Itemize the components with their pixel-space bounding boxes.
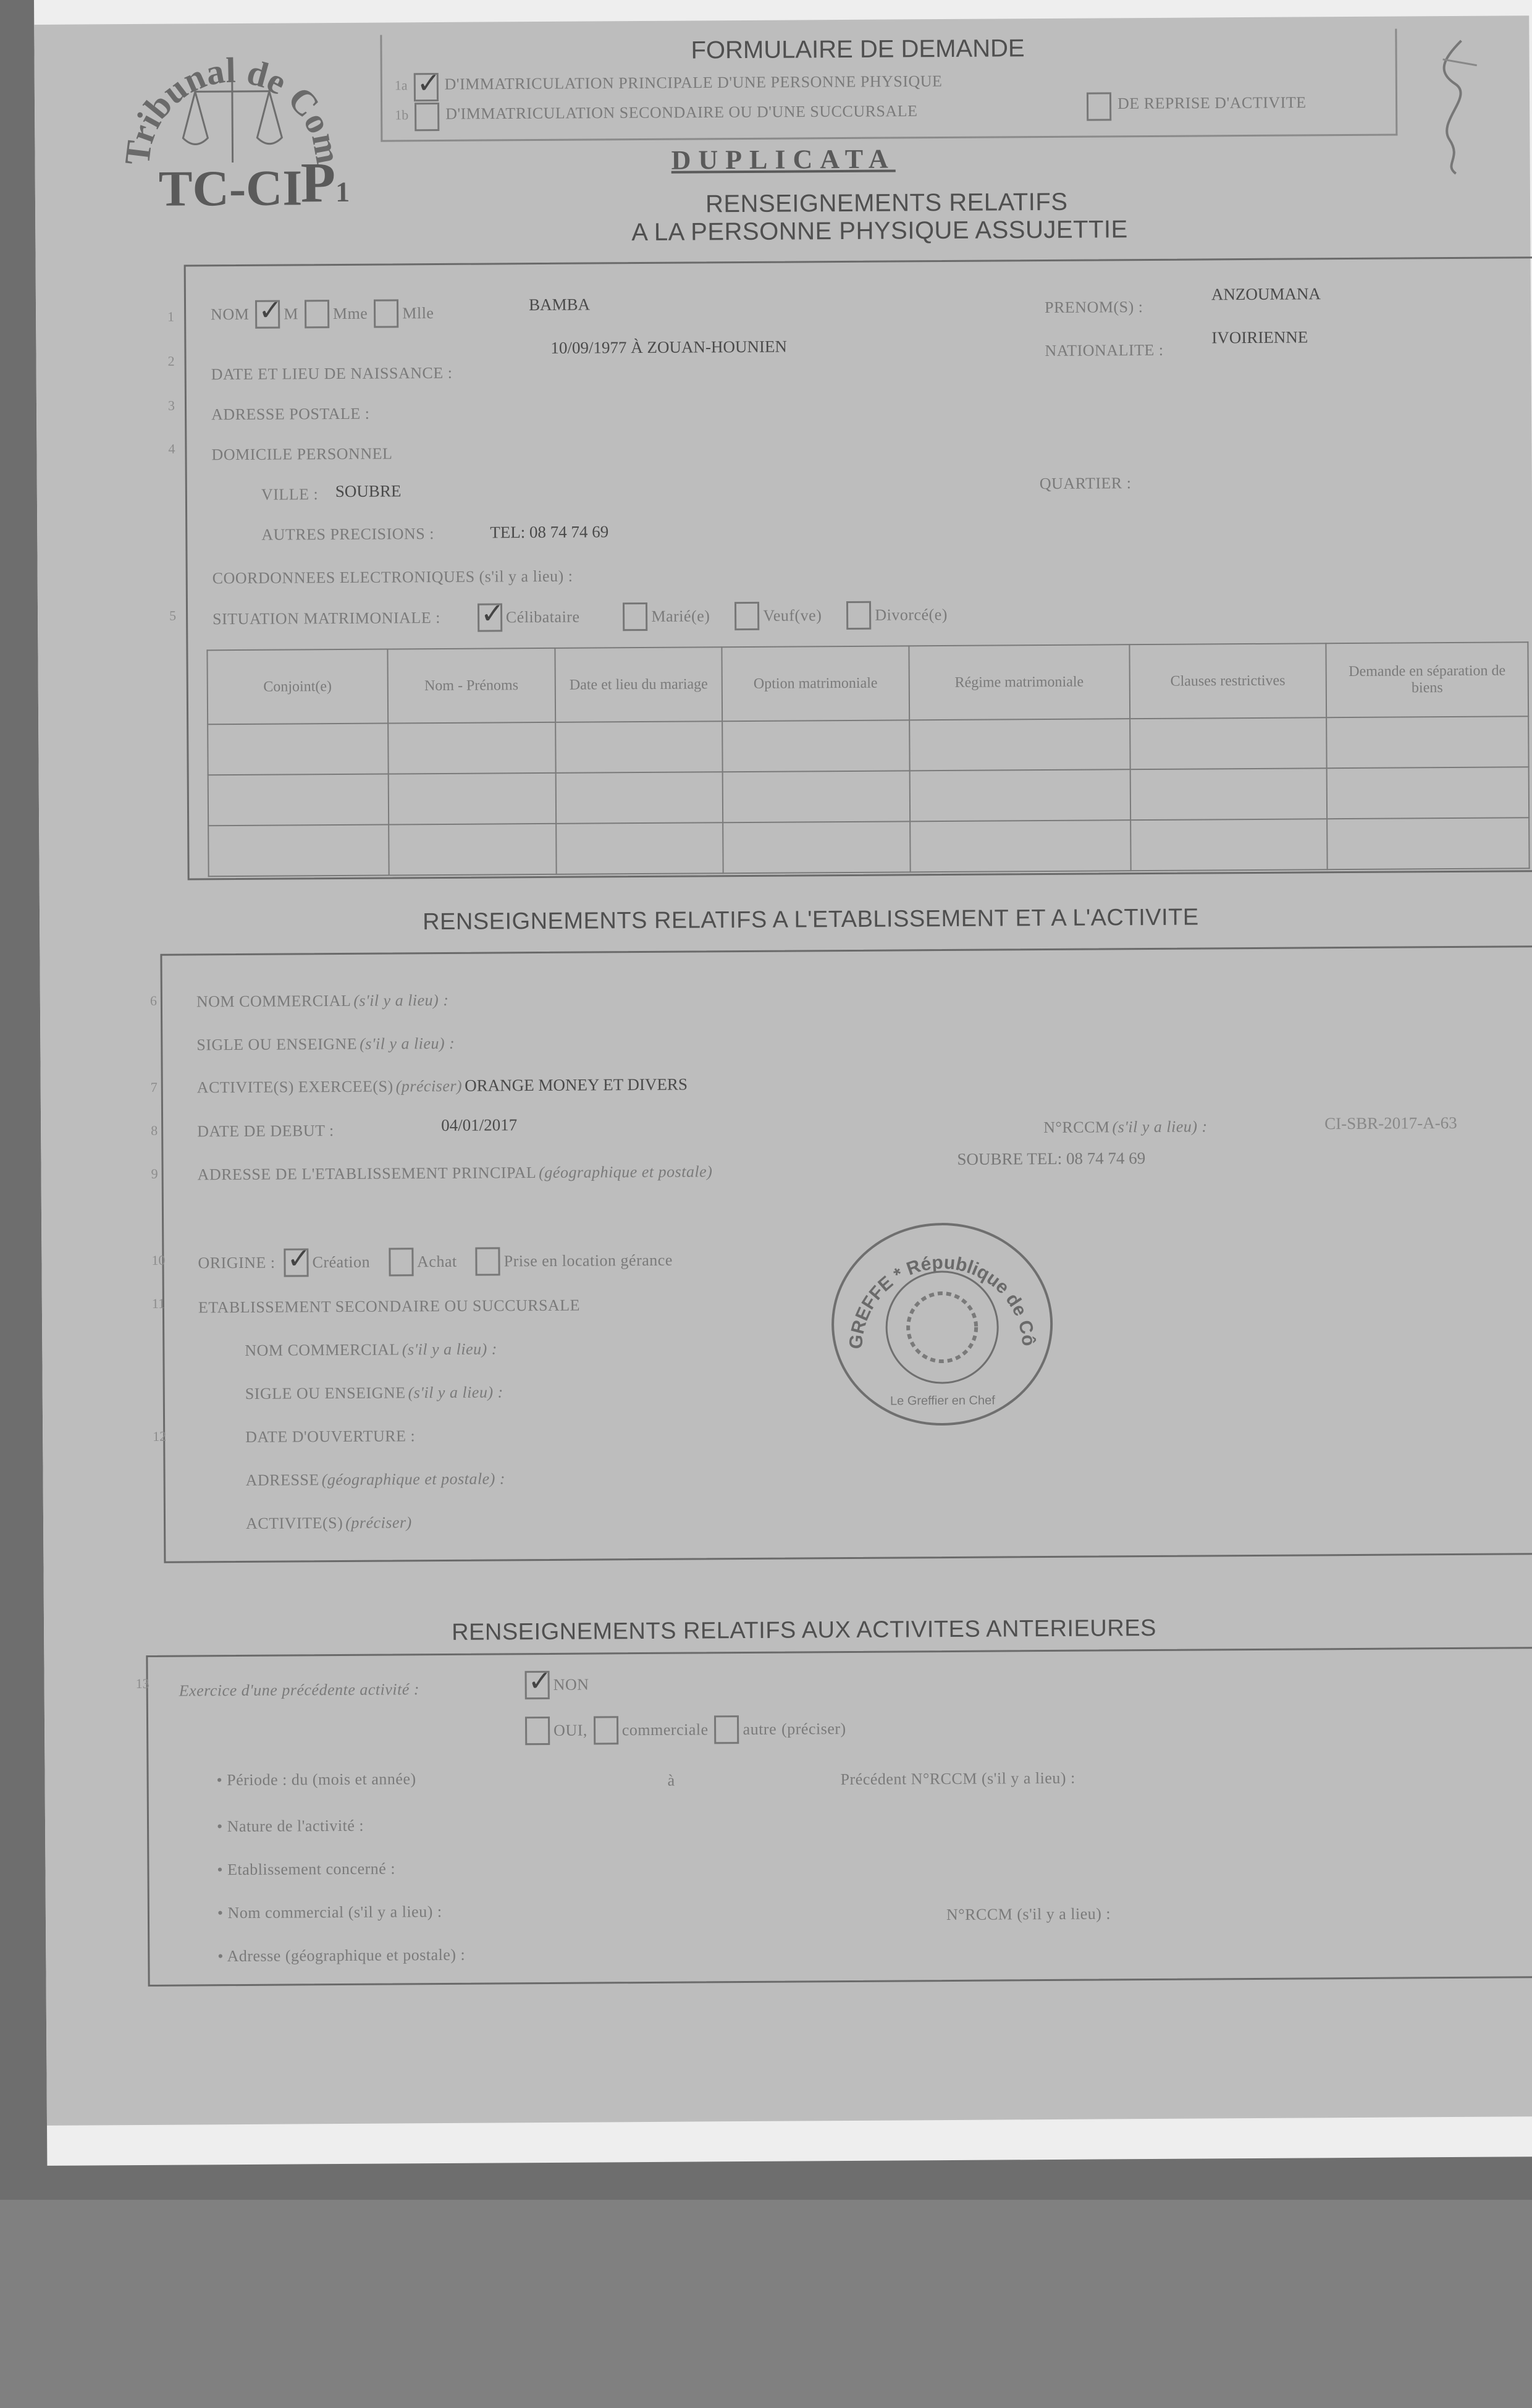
option-non[interactable]: NON [525,1671,589,1700]
adresse-etablissement-value[interactable]: SOUBRE TEL: 08 74 74 69 [957,1149,1145,1169]
domicile-label: DOMICILE PERSONNEL [211,444,392,464]
section1-title-line1: RENSEIGNEMENTS RELATIFS [705,188,1068,219]
col-clauses-restrictives: Clauses restrictives [1129,643,1326,719]
spouse-table: Conjoint(e) Nom - Prénoms Date et lieu d… [206,641,1530,877]
checkbox-secondaire[interactable] [415,103,439,131]
situation-veuf[interactable]: Veuf(ve) [734,601,822,630]
option-secondaire[interactable]: 1b D'IMMATRICULATION SECONDAIRE OU D'UNE… [395,99,918,131]
checkbox-mlle[interactable] [374,299,398,327]
nature-label: • Nature de l'activité : [217,1817,364,1836]
activite-value[interactable]: ORANGE MONEY ET DIVERS [465,1075,688,1095]
section1-box: 1 2 3 4 5 NOM M Mme Mlle BAMBA PRENOM(S)… [184,256,1532,880]
secondaire-label: ETABLISSEMENT SECONDAIRE OU SUCCURSALE [198,1296,580,1317]
sec-activite-row: ACTIVITE(S) (préciser) [246,1513,412,1533]
nom-row: NOM M Mme Mlle [211,299,459,329]
signature-mark [1418,35,1492,177]
checkbox-reprise[interactable] [1087,92,1111,120]
sigle-row: SIGLE OU ENSEIGNE (s'il y a lieu) : [196,1034,455,1055]
date-debut-value[interactable]: 04/01/2017 [441,1115,517,1135]
nom-label: NOM [211,305,249,324]
adresse-postale-label: ADRESSE POSTALE : [211,405,370,425]
option-principale-label: D'IMMATRICULATION PRINCIPALE D'UNE PERSO… [445,72,943,93]
nom-commercial-row: NOM COMMERCIAL (s'il y a lieu) : [196,991,449,1011]
activite-row: ACTIVITE(S) EXERCEE(S) (préciser) ORANGE… [197,1075,688,1097]
checkbox-commerciale[interactable] [594,1716,618,1744]
nationalite-label: NATIONALITE : [1045,341,1163,360]
stamp-outer-text: GREFFE * République de Côte d'Ivoire * [833,1225,1038,1350]
col-option-matrimoniale: Option matrimoniale [722,646,909,721]
form-title: FORMULAIRE DE DEMANDE [691,35,1024,64]
duplicata-label: DUPLICATA [671,143,895,175]
checkbox-non[interactable] [525,1671,550,1699]
autres-precisions-value[interactable]: TEL: 08 74 74 69 [490,522,608,542]
checkbox-mme[interactable] [305,300,329,328]
form-header: FORMULAIRE DE DEMANDE 1a D'IMMATRICULATI… [380,29,1397,142]
checkbox-divorce[interactable] [846,601,871,630]
option-secondaire-label: D'IMMATRICULATION SECONDAIRE OU D'UNE SU… [445,102,917,123]
spouse-table-header: Conjoint(e) Nom - Prénoms Date et lieu d… [207,642,1528,724]
coordonnees-label: COORDONNEES ELECTRONIQUES (s'il y a lieu… [213,567,573,588]
col-date-mariage: Date et lieu du mariage [555,647,722,722]
page-scan-area: Tribunal de Commerce TC-CI P1 FORMULAIRE… [34,15,1532,2126]
checkbox-principale[interactable] [413,73,438,101]
civility-mlle[interactable]: Mlle [374,299,434,328]
option-autre[interactable]: autre (préciser) [714,1715,846,1744]
table-row [208,817,1529,876]
rccm-anterieur-label: N°RCCM (s'il y a lieu) : [946,1904,1111,1924]
situation-celibataire[interactable]: Célibataire [478,603,580,632]
oui-row: OUI, commerciale autre (préciser) [525,1715,871,1745]
option-principale[interactable]: 1a D'IMMATRICULATION PRINCIPALE D'UNE PE… [395,70,943,101]
date-debut-label: DATE DE DEBUT : [197,1122,334,1141]
document-page: Tribunal de Commerce TC-CI P1 FORMULAIRE… [34,0,1532,2166]
checkbox-achat[interactable] [389,1248,413,1276]
checkbox-autre[interactable] [714,1715,739,1744]
stamp-emblem-icon: GREFFE * République de Côte d'Ivoire * L… [833,1225,1051,1424]
civility-m[interactable]: M [255,300,298,328]
autres-precisions-label: AUTRES PRECISIONS : [261,525,434,544]
logo-short-code: TC-CI [159,159,303,216]
prenoms-label: PRENOM(S) : [1045,298,1143,317]
table-row [208,716,1528,775]
nom-commercial-anterieur-label: • Nom commercial (s'il y a lieu) : [217,1903,442,1922]
option-oui[interactable]: OUI, [525,1717,587,1746]
option-commerciale[interactable]: commerciale [594,1715,709,1744]
sec-sigle-row: SIGLE OU ENSEIGNE (s'il y a lieu) : [245,1383,503,1403]
periode-a: à [668,1772,675,1790]
section3-box: 13 Exercice d'une précédente activité : … [146,1647,1532,1987]
origine-row: ORIGINE : Création Achat Prise en locati… [198,1246,697,1277]
form-code-sub: 1 [335,176,350,208]
etablissement-label: • Etablissement concerné : [217,1859,395,1879]
periode-label: • Période : du (mois et année) [217,1770,416,1789]
tribunal-logo: Tribunal de Commerce TC-CI P1 [114,23,350,222]
col-nom-prenoms: Nom - Prénoms [387,648,555,724]
quartier-label: QUARTIER : [1040,474,1132,493]
form-code: P [301,151,336,214]
prenoms-value[interactable]: ANZOUMANA [1211,284,1321,304]
origine-creation[interactable]: Création [284,1248,370,1277]
adresse-anterieure-label: • Adresse (géographique et postale) : [217,1946,465,1966]
checkbox-veuf[interactable] [734,602,759,630]
origine-achat[interactable]: Achat [389,1248,457,1277]
precedent-rccm-label: Précédent N°RCCM (s'il y a lieu) : [841,1769,1075,1789]
sec-date-ouverture-label: DATE D'OUVERTURE : [245,1427,415,1447]
situation-marie[interactable]: Marié(e) [623,602,710,631]
option-reprise-label: DE REPRISE D'ACTIVITE [1117,93,1307,112]
situation-label: SITUATION MATRIMONIALE : [213,609,440,628]
col-conjoint: Conjoint(e) [207,649,387,725]
col-regime-matrimonial: Régime matrimoniale [909,644,1130,720]
stamp-inner-text: Le Greffier en Chef [890,1394,995,1408]
sec-nom-commercial-row: NOM COMMERCIAL (s'il y a lieu) : [245,1340,497,1359]
ville-value[interactable]: SOUBRE [335,481,402,501]
checkbox-location-gerance[interactable] [476,1247,500,1275]
rccm-value[interactable]: CI-SBR-2017-A-63 [1324,1113,1457,1133]
nom-value[interactable]: BAMBA [529,295,590,315]
checkbox-m[interactable] [255,300,280,329]
official-stamp: GREFFE * République de Côte d'Ivoire * L… [831,1222,1053,1426]
civility-mme[interactable]: Mme [305,300,368,329]
situation-row: SITUATION MATRIMONIALE : Célibataire Mar… [213,601,972,634]
svg-text:GREFFE * République de Côte d': GREFFE * République de Côte d'Ivoire * [833,1225,1038,1350]
section2-box: 6 7 8 9 10 11 12 NOM COMMERCIAL (s'il y … [160,945,1532,1563]
sec-adresse-row: ADRESSE (géographique et postale) : [246,1469,506,1490]
section3-title: RENSEIGNEMENTS RELATIFS AUX ACTIVITES AN… [452,1615,1156,1646]
col-separation-biens: Demande en séparation de biens [1326,642,1528,717]
checkbox-celibataire[interactable] [478,603,502,632]
naissance-label: DATE ET LIEU DE NAISSANCE : [211,364,453,384]
origine-location-gerance[interactable]: Prise en location gérance [476,1246,673,1276]
checkbox-marie[interactable] [623,602,647,631]
option-reprise[interactable]: DE REPRISE D'ACTIVITE [1087,91,1307,120]
adresse-etablissement-row: ADRESSE DE L'ETABLISSEMENT PRINCIPAL (gé… [198,1162,713,1184]
situation-divorce[interactable]: Divorcé(e) [846,601,948,630]
checkbox-creation[interactable] [284,1248,308,1277]
exercice-label: Exercice d'une précédente activité : [179,1680,419,1700]
nationalite-value[interactable]: IVOIRIENNE [1211,327,1308,347]
ville-label: VILLE : [261,485,318,504]
rccm-row: N°RCCM (s'il y a lieu) : [1043,1117,1208,1137]
section2-title: RENSEIGNEMENTS RELATIFS A L'ETABLISSEMEN… [423,905,1199,936]
table-row [208,767,1529,826]
section1-title-line2: A LA PERSONNE PHYSIQUE ASSUJETTIE [631,216,1128,247]
checkbox-oui[interactable] [525,1717,550,1745]
naissance-value[interactable]: 10/09/1977 À ZOUAN-HOUNIEN [550,337,787,358]
